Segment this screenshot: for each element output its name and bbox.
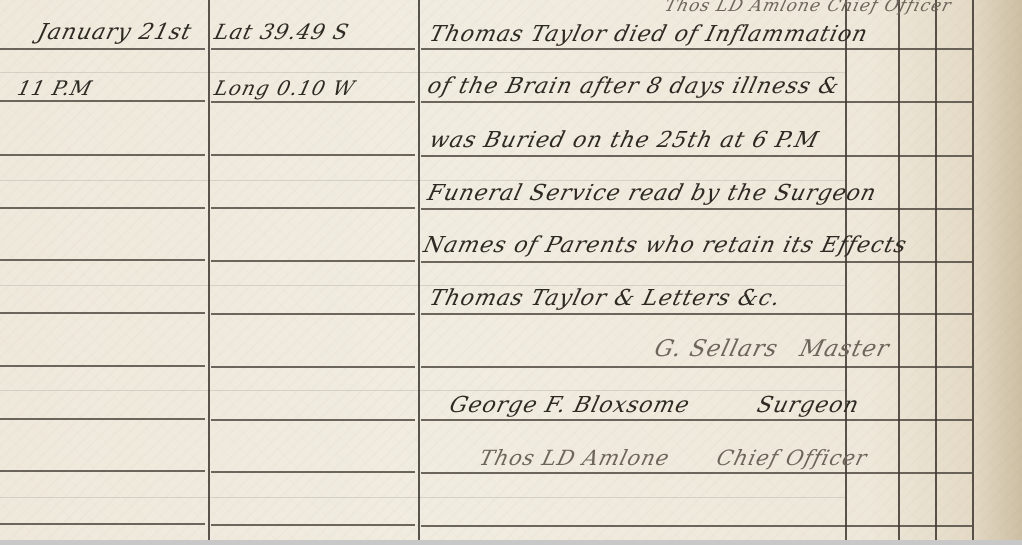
signature-role: Surgeon	[754, 393, 862, 418]
ruled-line	[0, 154, 205, 156]
ruled-line	[421, 525, 972, 527]
ruled-line	[211, 101, 415, 103]
entry-line: of the Brain after 8 days illness &	[425, 74, 843, 99]
column-divider	[418, 0, 420, 540]
ruled-line	[0, 100, 205, 102]
signature-name: G. Sellars	[652, 336, 781, 362]
signature-name: Thos LD Amlone	[477, 446, 672, 470]
signature-role: Master	[797, 336, 892, 362]
column-divider	[898, 0, 900, 540]
ruled-line	[0, 418, 205, 420]
entry-line: Thomas Taylor & Letters &c.	[427, 286, 783, 311]
signature-surgeon: George F. Bloxsome Surgeon	[447, 393, 862, 418]
column-divider	[972, 0, 974, 540]
ruled-line	[0, 365, 205, 367]
ruled-line	[211, 207, 415, 209]
ruled-line	[421, 419, 972, 421]
header-signature-fragment: Thos LD Amlone Chief Officer	[663, 0, 954, 16]
entry-line: Funeral Service read by the Surgeon	[425, 181, 879, 206]
ledger-page: Thos LD Amlone Chief Officer January 21s…	[0, 0, 1022, 540]
ruled-line	[421, 155, 972, 157]
ruled-line	[211, 524, 415, 526]
ruled-line	[421, 366, 972, 368]
ruled-line	[421, 261, 972, 263]
ruled-line	[0, 207, 205, 209]
entry-line: Thomas Taylor died of Inflammation	[427, 22, 871, 47]
ruled-line	[421, 101, 972, 103]
entry-line: Names of Parents who retain its Effects	[421, 233, 910, 258]
signature-name: George F. Bloxsome	[447, 393, 693, 418]
signature-master: G. Sellars Master	[652, 336, 892, 362]
ruled-line	[0, 523, 205, 525]
ruled-line	[0, 470, 205, 472]
signature-chief-officer: Thos LD Amlone Chief Officer	[477, 446, 870, 470]
ruled-line	[211, 48, 415, 50]
ruled-line	[211, 366, 415, 368]
ruled-line	[421, 208, 972, 210]
column-divider	[208, 0, 210, 540]
entry-date: January 21st	[35, 20, 195, 45]
ruled-line	[421, 313, 972, 315]
signature-role: Chief Officer	[714, 446, 870, 470]
viewer-bottom-bar	[0, 540, 1022, 545]
ruled-line	[211, 154, 415, 156]
ruled-line	[421, 472, 972, 474]
entry-time: 11 P.M	[15, 76, 95, 100]
ruled-line	[211, 313, 415, 315]
ruled-line	[421, 48, 972, 50]
ruled-line	[211, 471, 415, 473]
column-divider	[935, 0, 937, 540]
latitude: Lat 39.49 S	[212, 20, 352, 44]
entry-line: was Buried on the 25th at 6 P.M	[427, 128, 822, 153]
ruled-line	[0, 259, 205, 261]
ruled-line	[211, 419, 415, 421]
ruled-line	[0, 48, 205, 50]
ruled-line	[0, 312, 205, 314]
longitude: Long 0.10 W	[212, 76, 358, 100]
ruled-line	[211, 260, 415, 262]
